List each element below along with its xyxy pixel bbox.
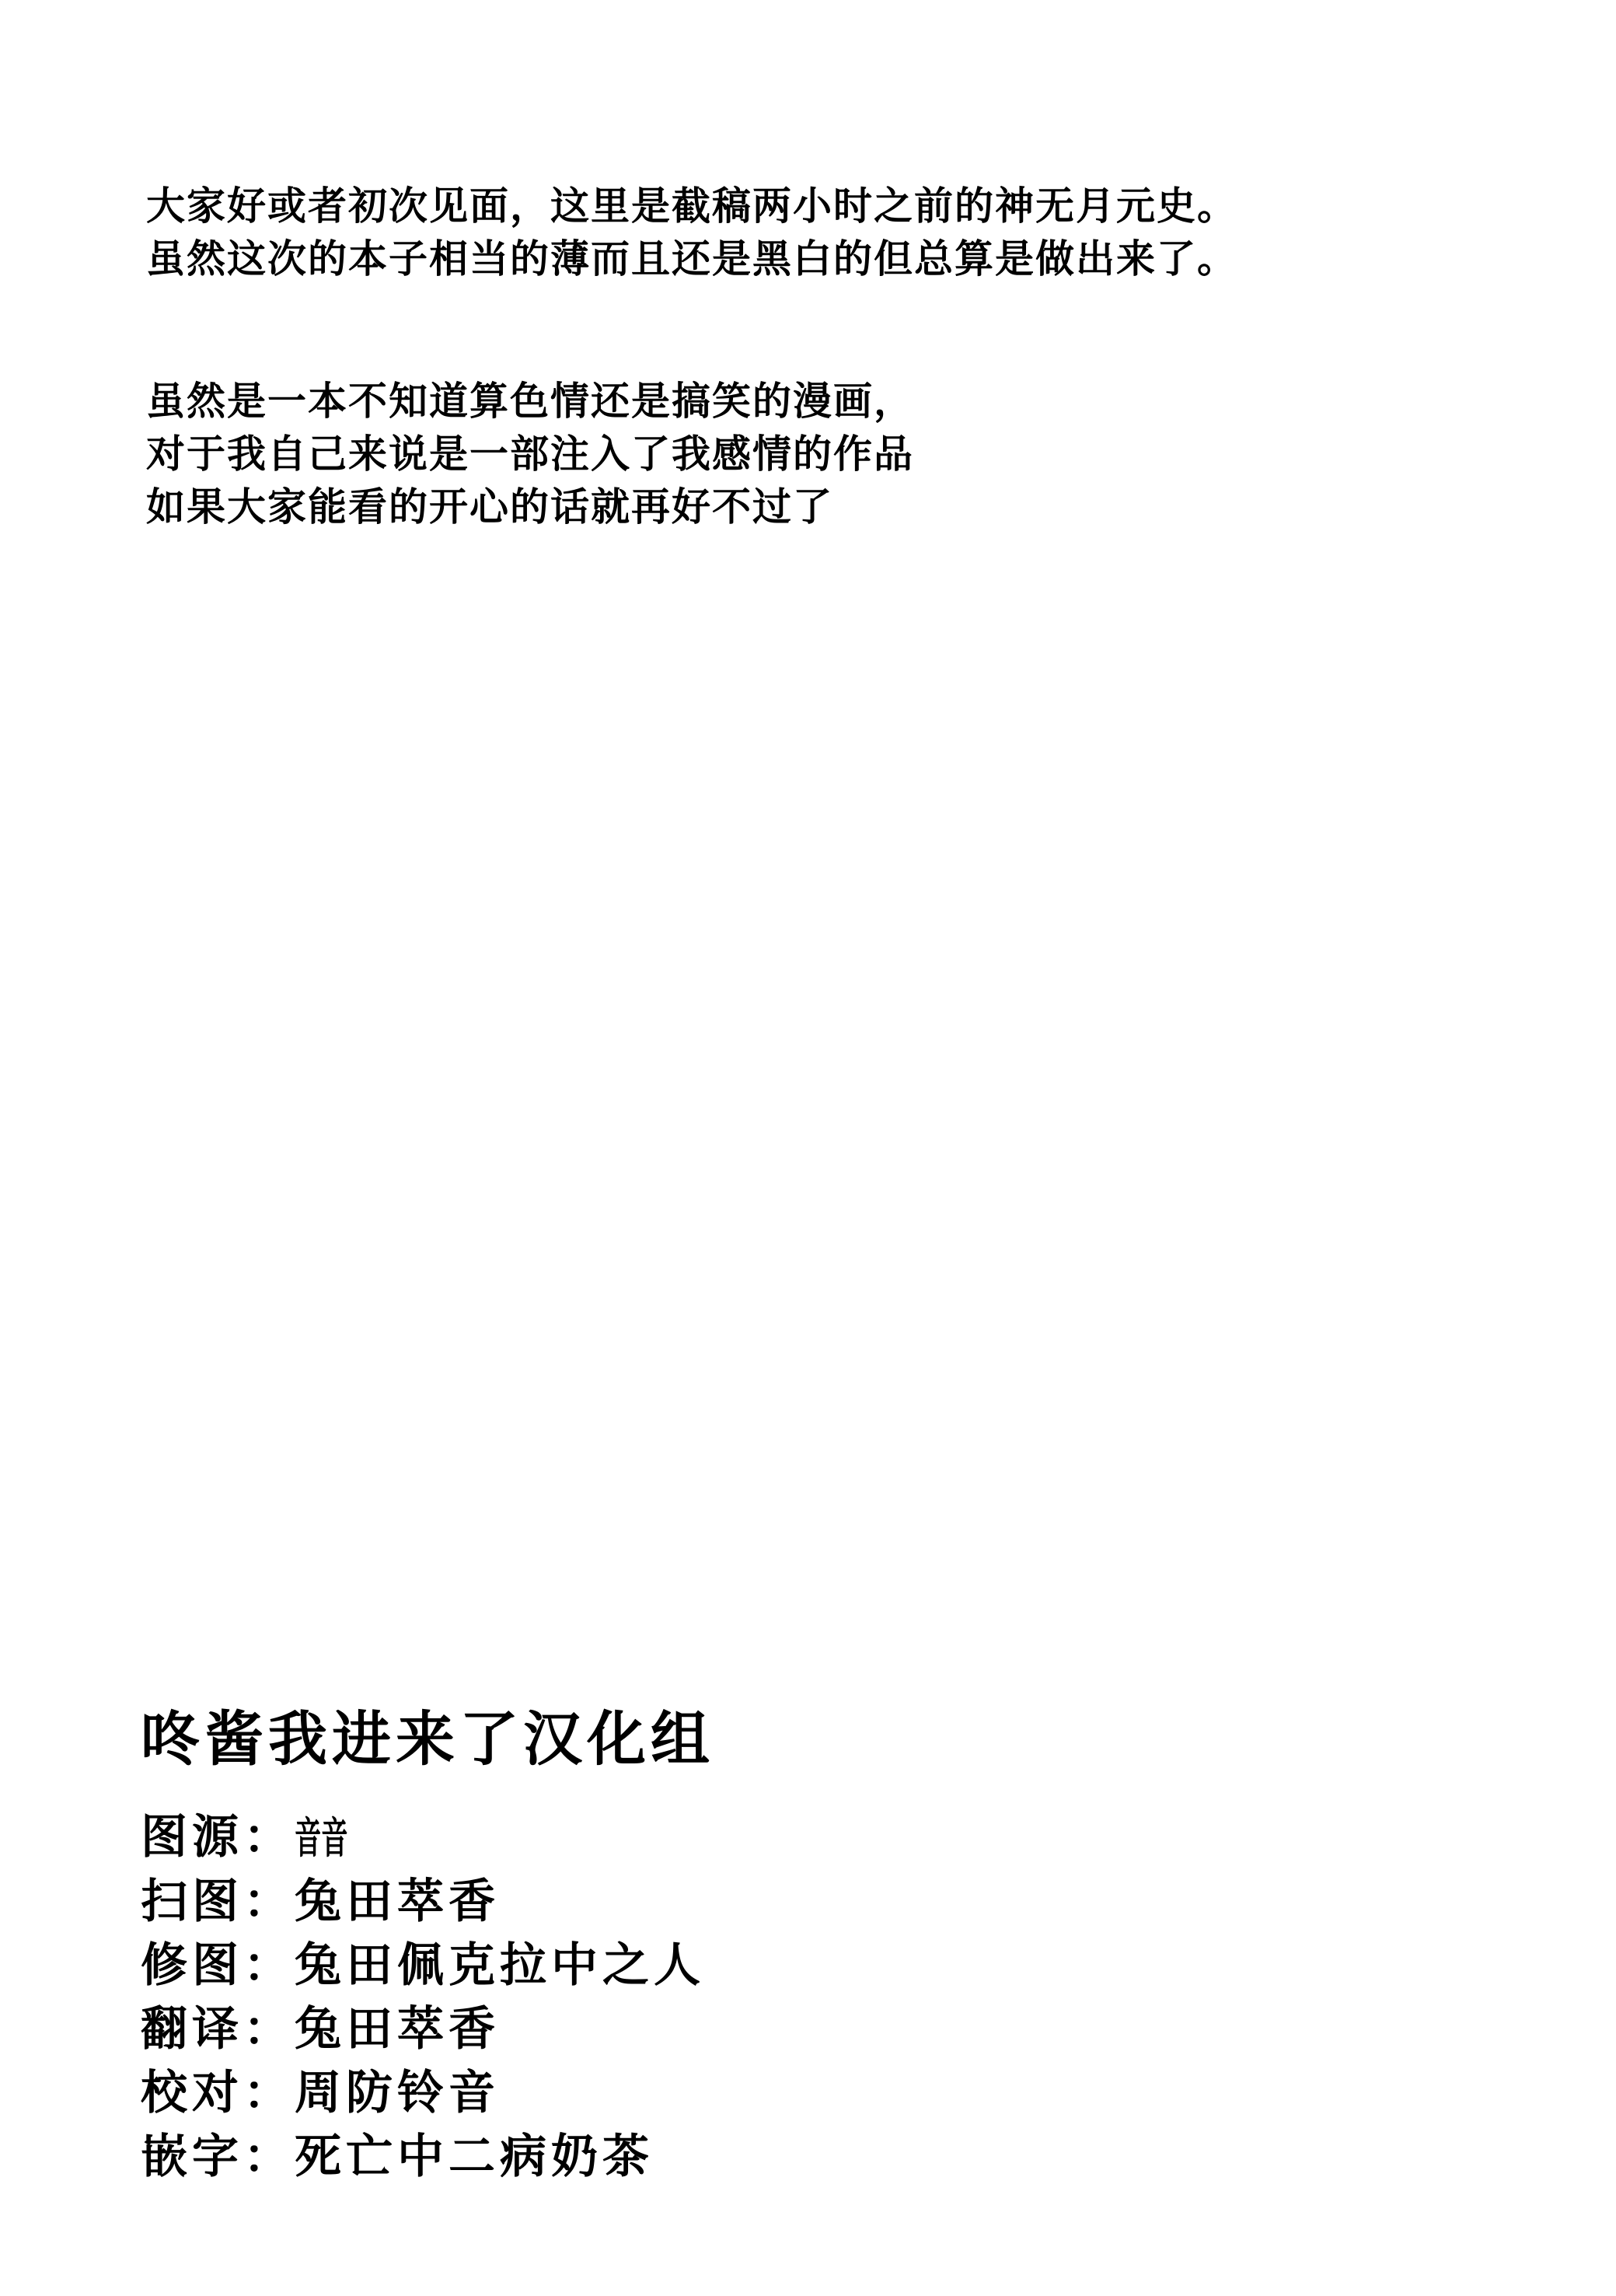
afterword-intro-paragraph: 大家好或者初次见面，这里是截稿两小时之前的神无月元史。 虽然这次的本子相当的薄而… bbox=[146, 180, 1237, 285]
credit-list: 图源：音音 扫图：兔田萃香 修图：兔田佩克拉中之人 翻译：兔田萃香 校对：周防铃… bbox=[141, 1805, 705, 2189]
credit-label: 扫图： bbox=[141, 1875, 295, 1927]
credit-row-raw-source: 图源：音音 bbox=[141, 1805, 705, 1870]
credit-value: 周防铃音 bbox=[295, 2067, 500, 2119]
afterword-body-line-2: 对于我自己来说是一部注入了我感情的作品 bbox=[146, 428, 914, 481]
credit-label: 嵌字： bbox=[141, 2130, 295, 2182]
afterword-intro-line-2: 虽然这次的本子相当的薄而且还是黑白的但总算是做出来了。 bbox=[146, 232, 1237, 285]
afterword-intro-line-1: 大家好或者初次见面，这里是截稿两小时之前的神无月元史。 bbox=[146, 180, 1237, 232]
credit-label: 校对： bbox=[141, 2067, 295, 2119]
credit-value: 音音 bbox=[295, 1806, 347, 1870]
afterword-body-paragraph: 虽然是一本不知道算色情还是搞笑的漫画， 对于我自己来说是一部注入了我感情的作品 … bbox=[146, 375, 914, 533]
credit-value: 死亡中二病奶茶 bbox=[295, 2130, 654, 2182]
afterword-body-line-1: 虽然是一本不知道算色情还是搞笑的漫画， bbox=[146, 375, 914, 428]
credit-row-scanning: 扫图：兔田萃香 bbox=[141, 1870, 705, 1934]
credit-label: 修图： bbox=[141, 1939, 295, 1991]
credit-row-typesetting: 嵌字：死亡中二病奶茶 bbox=[141, 2125, 705, 2189]
credit-value: 兔田萃香 bbox=[295, 2003, 500, 2055]
afterword-body-line-3: 如果大家能看的开心的话就再好不过了 bbox=[146, 481, 914, 533]
scanlation-group-title: 咚酱我进来了汉化组 bbox=[141, 1707, 714, 1773]
credit-row-translation: 翻译：兔田萃香 bbox=[141, 1997, 705, 2061]
credit-value: 兔田萃香 bbox=[295, 1875, 500, 1927]
credit-label: 图源： bbox=[141, 1811, 295, 1863]
credit-row-proofreading: 校对：周防铃音 bbox=[141, 2061, 705, 2125]
credit-value: 兔田佩克拉中之人 bbox=[295, 1939, 705, 1991]
credit-label: 翻译： bbox=[141, 2003, 295, 2055]
credit-row-image-editing: 修图：兔田佩克拉中之人 bbox=[141, 1934, 705, 1997]
afterword-page: 大家好或者初次见面，这里是截稿两小时之前的神无月元史。 虽然这次的本子相当的薄而… bbox=[0, 0, 1616, 2296]
